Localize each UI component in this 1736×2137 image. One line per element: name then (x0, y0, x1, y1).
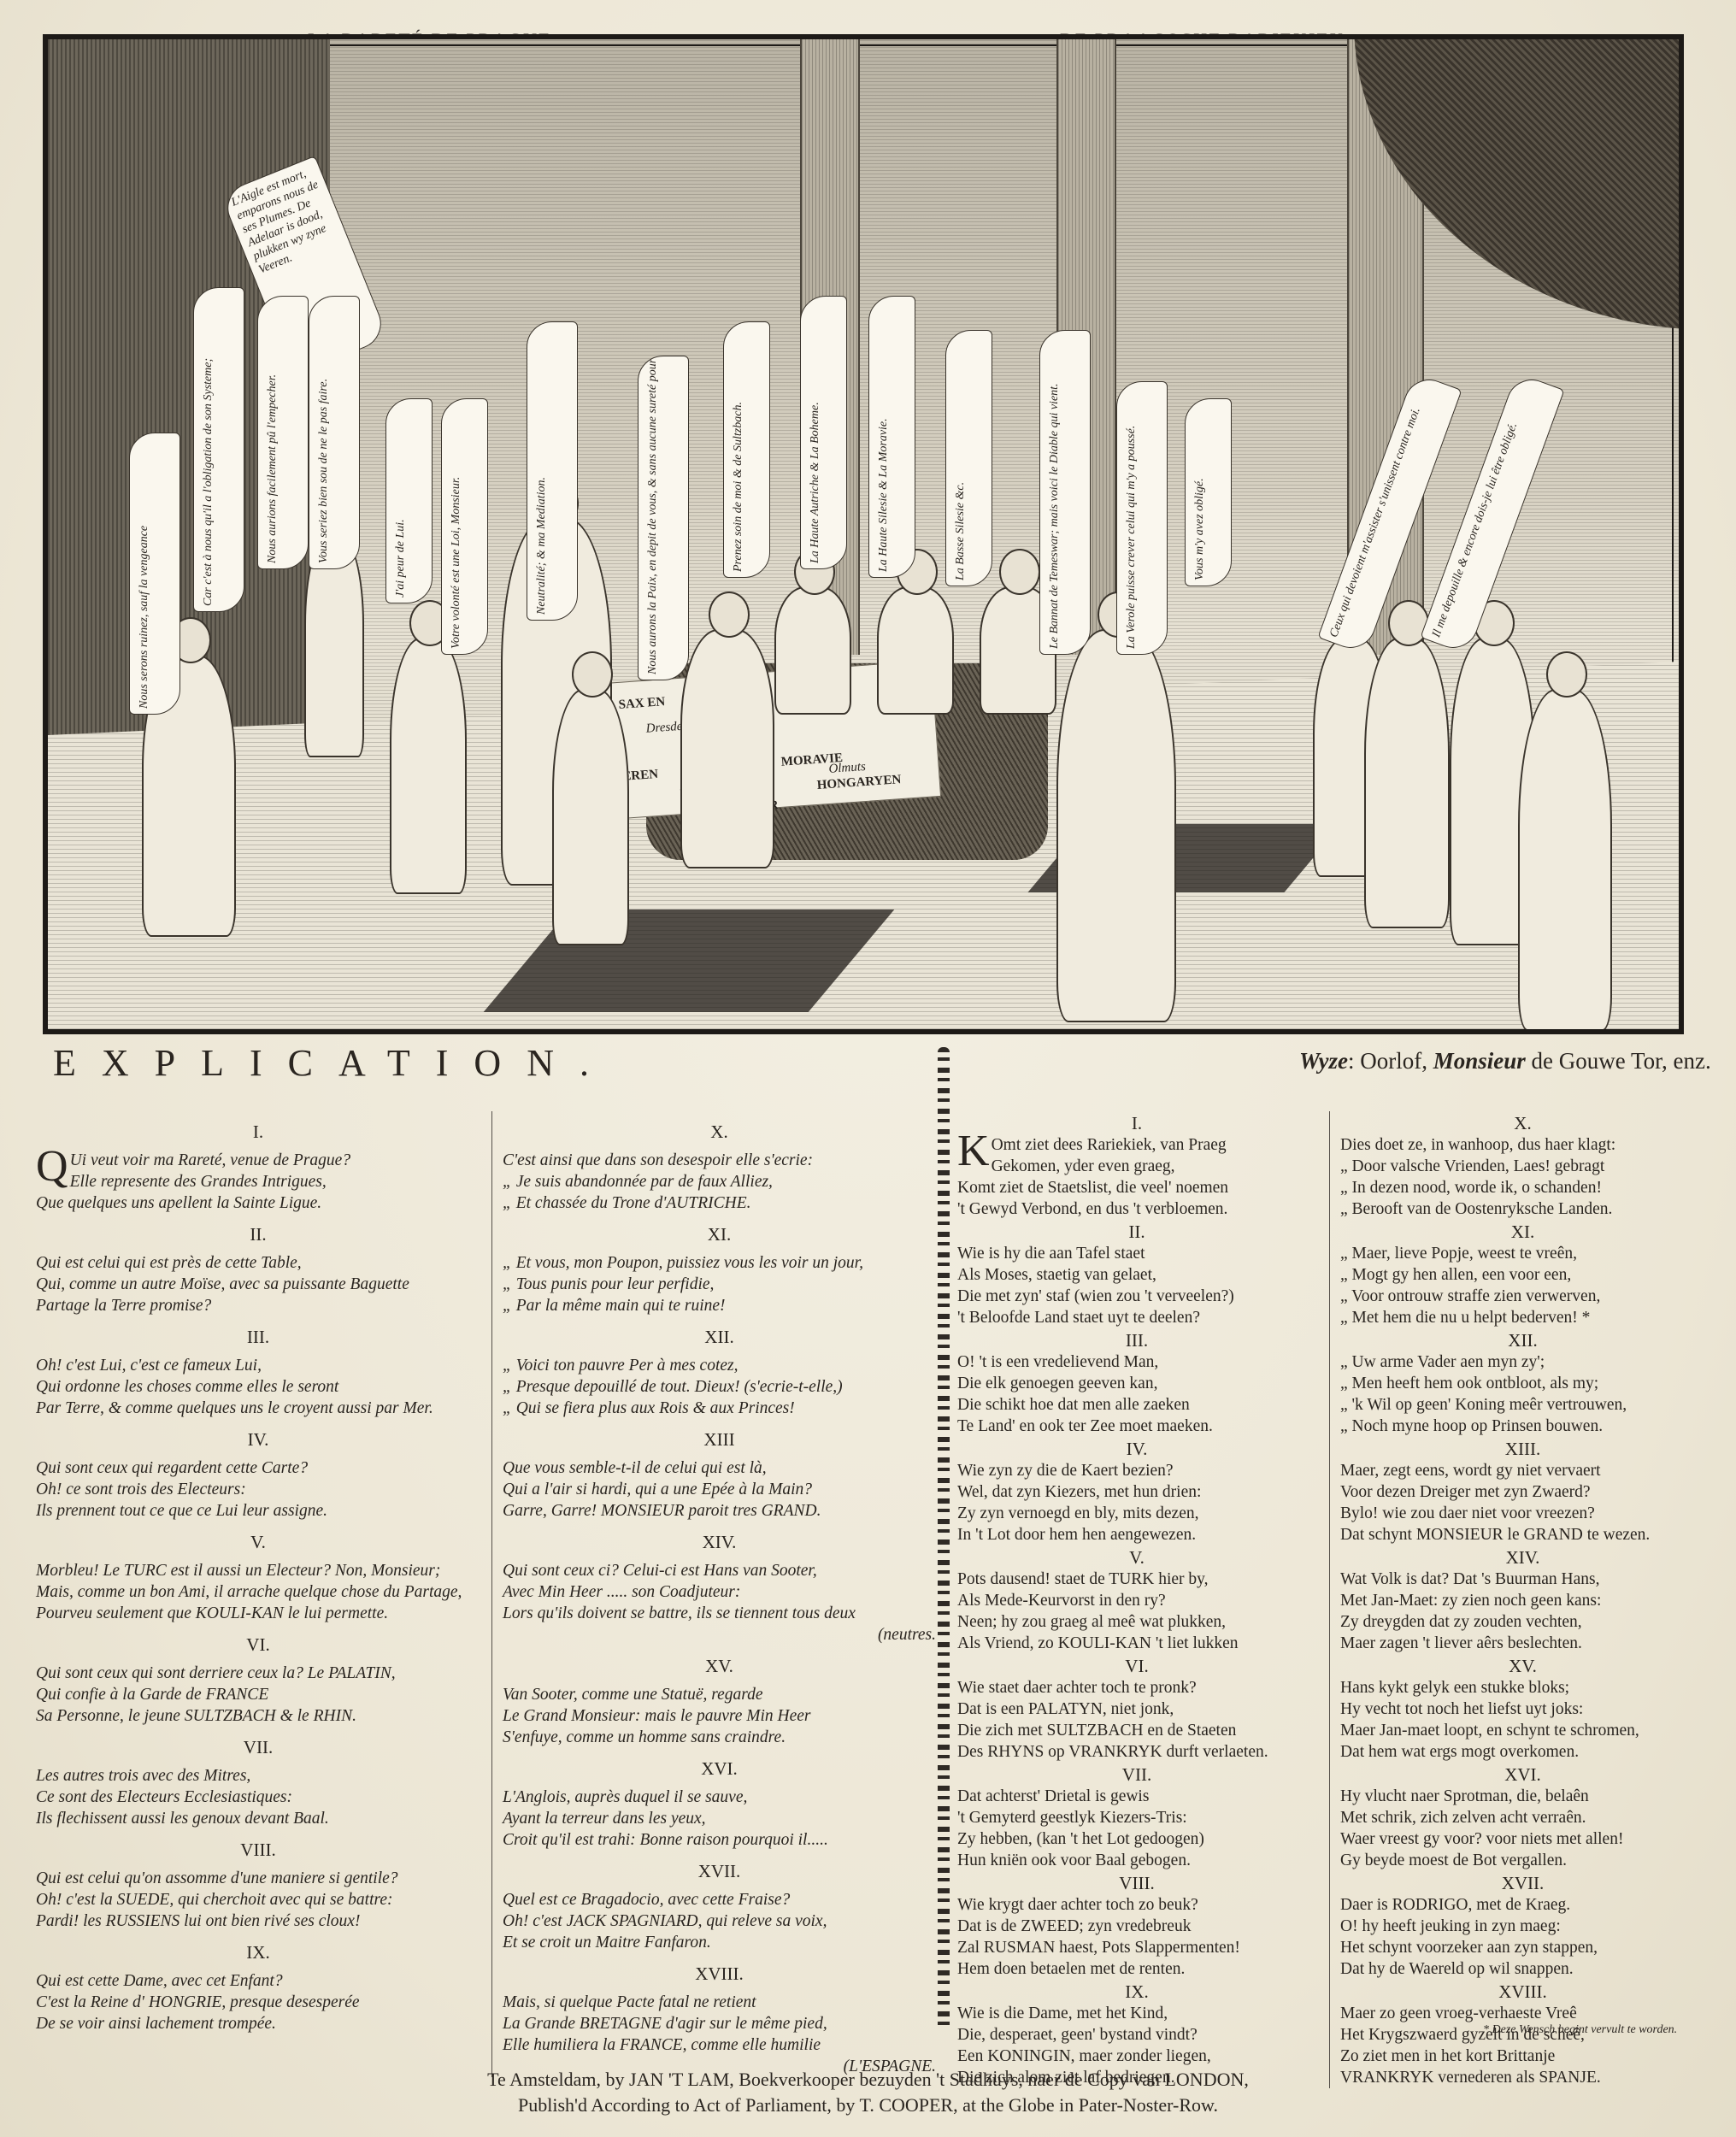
verse-line: Mais, comme un bon Ami, il arrache quelq… (36, 1581, 480, 1603)
speech-scroll: La Haute Silesie & La Moravie. (868, 296, 915, 578)
verse-line: Oh! c'est Lui, c'est ce fameux Lui, (36, 1355, 480, 1376)
speech-scroll: Nous serons ruinez, sauf la vengeance (129, 433, 180, 715)
verse-line: „ Met hem die nu u helpt bederven! * (1340, 1307, 1705, 1328)
verse-number: XV. (503, 1656, 936, 1677)
verse-line: „ Men heeft hem ook ontbloot, als my; (1340, 1373, 1705, 1394)
verse-line: Die, desperaet, geen' bystand vindt? (957, 2024, 1316, 2046)
verse-line: Ils prennent tout ce que ce Lui leur ass… (36, 1500, 480, 1522)
verse-line: „ Berooft van de Oostenrykschе Landen. (1340, 1198, 1705, 1220)
verse-line: Le Grand Monsieur: mais le pauvre Min He… (503, 1705, 936, 1727)
verse-line: Que vous semble-t-il de celui qui est là… (503, 1457, 936, 1479)
verse-line: Sa Personne, le jeune SULTZBACH & le RHI… (36, 1705, 480, 1727)
verse-number: X. (1340, 1113, 1705, 1134)
imprint-dutch: Te Amsteldam, by JAN 'T LAM, Boekverkoop… (0, 2069, 1736, 2091)
verse-line: Wie is die Dame, met het Kind, (957, 2003, 1316, 2024)
verse-number: XI. (1340, 1222, 1705, 1243)
verse-line: Pots dausend! staet de TURK hier by, (957, 1569, 1316, 1590)
verse-number: I. (36, 1121, 480, 1143)
drop-cap: Q (36, 1150, 68, 1184)
engraving-plate: SAX EN SILESIEN Breslaw Dresden BOHEME P… (43, 34, 1684, 1034)
verse-line: Zy hebben, (kan 't het Lot gedoogen) (957, 1828, 1316, 1850)
verse-line: C'est la Reine d' HONGRIE, presque deses… (36, 1992, 480, 2013)
verse-line: „ Je suis abandonnée par de faux Alliez, (503, 1171, 936, 1192)
verse-number: IV. (957, 1439, 1316, 1460)
verse-line: Komt ziet de Staetslist, die veel' noeme… (957, 1177, 1316, 1198)
explication-heading: EXPLICATION. (53, 1041, 615, 1085)
verse-number: IX. (957, 1981, 1316, 2003)
verse-line: 't Beloofde Land staet uyt te deelen? (957, 1307, 1316, 1328)
speech-scroll: Nous aurons la Paix, en depit de vous, &… (638, 356, 689, 680)
verse-line: Partage la Terre promise? (36, 1295, 480, 1316)
verse-number: XV. (1340, 1656, 1705, 1677)
verse-line: „ Par la même main qui te ruine! (503, 1295, 936, 1316)
verse-line: „ Noch myne hoop op Prinsen bouwen. (1340, 1416, 1705, 1437)
verse-line: Als Mede-Keurvorst in den ry? (957, 1590, 1316, 1611)
verse-line: Oh! c'est la SUEDE, qui cherchoit avec q… (36, 1889, 480, 1910)
verse-line: Gy beyde moest de Bot vergallen. (1340, 1850, 1705, 1871)
figure-queen-of-hungary (1364, 638, 1450, 928)
verse-line: Ils flechissent aussi les genoux devant … (36, 1808, 480, 1829)
verse-line: Oh! ce sont trois des Electeurs: (36, 1479, 480, 1500)
verse-line: Morbleu! Le TURC est il aussi un Electeu… (36, 1560, 480, 1581)
verse-line: Een KONINGIN, maer zonder liegen, (957, 2046, 1316, 2067)
verse-line: 't Gewyd Verbond, en dus 't verbloemen. (957, 1198, 1316, 1220)
verse-line: „ Voici ton pauvre Per à mes cotez, (503, 1355, 936, 1376)
verse-number: XIV. (503, 1532, 936, 1553)
verse-number: II. (957, 1222, 1316, 1243)
verse-line: „ Et vous, mon Poupon, puissiez vous les… (503, 1252, 936, 1274)
verse-line: Ce sont des Electeurs Ecclesiastiques: (36, 1787, 480, 1808)
verse-number: XVIII. (1340, 1981, 1705, 2003)
verse-line: Pourveu seulement que KOULI-KAN le lui p… (36, 1603, 480, 1624)
verse-line: „ Tous punis pour leur perfidie, (503, 1274, 936, 1295)
verse-line: S'enfuye, comme un homme sans craindre. (503, 1727, 936, 1748)
verse-line: Dat is een PALATYN, niet jonk, (957, 1698, 1316, 1720)
verse-line: Gekomen, yder even graeg, (957, 1156, 1316, 1177)
verse-line: Qui confie à la Garde de FRANCE (36, 1684, 480, 1705)
french-verses-column-2: X.C'est ainsi que dans son desespoir ell… (491, 1111, 936, 2077)
verse-line: De se voir ainsi lachement trompée. (36, 2013, 480, 2034)
verse-line: „ Voor ontrouw straffe zien verwerven, (1340, 1286, 1705, 1307)
print-page: LA RARETÉ DE PRAGUE. DE PRAAGSCHE RARIEK… (0, 0, 1736, 2137)
verse-line: Dat schynt MONSIEUR le GRAND te wezen. (1340, 1524, 1705, 1545)
verse-number: VII. (957, 1764, 1316, 1786)
verse-line: Die elk genoegen geeven kan, (957, 1373, 1316, 1394)
verse-line: O! 't is een vredelievend Man, (957, 1351, 1316, 1373)
verse-line: Dat is de ZWEED; zyn vredebreuk (957, 1916, 1316, 1937)
speech-scroll: La Verole puisse crever celui qui m'y a … (1116, 381, 1168, 655)
verse-number: XIII. (1340, 1439, 1705, 1460)
verse-line: Wat Volk is dat? Dat 's Buurman Hans, (1340, 1569, 1705, 1590)
verse-line: Met Jan-Maet: zy zien noch geen kans: (1340, 1590, 1705, 1611)
verse-line: Zy zyn vernoegd en bly, mits dezen, (957, 1503, 1316, 1524)
verse-line: Qui est celui qui est près de cette Tabl… (36, 1252, 480, 1274)
verse-number: IX. (36, 1942, 480, 1963)
verse-line: Lors qu'ils doivent se battre, ils se ti… (503, 1603, 936, 1624)
verse-line: „ Uw arme Vader aen myn zy'; (1340, 1351, 1705, 1373)
verse-line: Die met zyn' staf (wien zou 't verveelen… (957, 1286, 1316, 1307)
verse-line: Oh! c'est JACK SPAGNIARD, qui releve sa … (503, 1910, 936, 1932)
verse-line: Het schynt voorzeker aan zyn stappen, (1340, 1937, 1705, 1958)
speech-scroll: Prenez soin de moi & de Sultzbach. (723, 321, 770, 578)
verse-number: XI. (503, 1224, 936, 1245)
tune-line: Wyze: Oorlof, Monsieur de Gouwe Tor, enz… (1299, 1048, 1711, 1074)
verse-number: VI. (957, 1656, 1316, 1677)
verse-line: Daer is RODRIGO, met de Kraeg. (1340, 1894, 1705, 1916)
verse-line: Zal RUSMAN haest, Pots Slappermenten! (957, 1937, 1316, 1958)
verse-number: II. (36, 1224, 480, 1245)
verse-number: XIII (503, 1429, 936, 1451)
footnote: * Deze Wensch begint vervult te worden. (1483, 2023, 1677, 2037)
verse-number: XII. (1340, 1330, 1705, 1351)
figure-turk (1056, 629, 1176, 1022)
verse-line: Les autres trois avec des Mitres, (36, 1765, 480, 1787)
verse-line: „ Maer, lieve Popje, weest te vreên, (1340, 1243, 1705, 1264)
verse-number: XVII. (1340, 1873, 1705, 1894)
verse-line: Zo ziet men in het kort Brittanje (1340, 2046, 1705, 2067)
figure-sweden (390, 638, 467, 894)
verse-line: Wie zyn zy die de Kaert bezien? (957, 1460, 1316, 1481)
verse-line: L'Anglois, auprès duquel il se sauve, (503, 1787, 936, 1808)
verse-number: III. (36, 1327, 480, 1348)
figure-swordsman (552, 689, 629, 945)
drop-cap: K (957, 1134, 990, 1169)
verse-line: KOmt ziet dees Rariekiek, van Praeg (957, 1134, 1316, 1156)
verse-line: Wel, dat zyn Kiezers, met hun drien: (957, 1481, 1316, 1503)
verse-number: III. (957, 1330, 1316, 1351)
verse-line: Dies doet ze, in wanhoop, dus haer klagt… (1340, 1134, 1705, 1156)
verse-line: Qui a l'air si hardi, qui a une Epée à l… (503, 1479, 936, 1500)
verse-line: Met schrik, zich zelven acht verraên. (1340, 1807, 1705, 1828)
verse-line: Als Vriend, zo KOULI-KAN 't liet lukken (957, 1633, 1316, 1654)
speech-scroll: J'ai peur de Lui. (385, 398, 433, 603)
verse-line: Als Moses, staetig van gelaet, (957, 1264, 1316, 1286)
verse-number: VII. (36, 1737, 480, 1758)
verse-line: Qui est celui qu'on assomme d'une manier… (36, 1868, 480, 1889)
verse-line: Mais, si quelque Pacte fatal ne retient (503, 1992, 936, 2013)
verse-line: Ayant la terreur dans les yeux, (503, 1808, 936, 1829)
speech-scroll: Vous seriez bien sou de ne le pas faire. (309, 296, 360, 569)
verse-line: Hans kykt gelyk een stukke bloks; (1340, 1677, 1705, 1698)
verse-line: O! hy heeft jeuking in zyn maeg: (1340, 1916, 1705, 1937)
verse-line: Par Terre, & comme quelques uns le croye… (36, 1398, 480, 1419)
verse-line: Dat achterst' Drietal is gewis (957, 1786, 1316, 1807)
verse-line: Garre, Garre! MONSIEUR paroit tres GRAND… (503, 1500, 936, 1522)
verse-line: Te Land' en ook ter Zee moet maeken. (957, 1416, 1316, 1437)
verse-line: Maer zagen 't liever aêrs beslechten. (1340, 1633, 1705, 1654)
verse-line: Elle represente des Grandes Intrigues, (36, 1171, 480, 1192)
verse-line: „ Qui se fiera plus aux Rois & aux Princ… (503, 1398, 936, 1419)
verse-line: C'est ainsi que dans son desespoir elle … (503, 1150, 936, 1171)
speech-scroll: Votre volonté est une Loi, Monsieur. (441, 398, 488, 655)
verse-line: 't Gemyterd geestlyk Kiezers-Tris: (957, 1807, 1316, 1828)
dutch-verses-column-1: I.KOmt ziet dees Rariekiek, van PraegGek… (957, 1111, 1316, 2088)
verse-line: Elle humiliera la FRANCE, comme elle hum… (503, 2034, 936, 2056)
verse-number: VIII. (957, 1873, 1316, 1894)
verse-line: Dat hem wat ergs mogt overkomen. (1340, 1741, 1705, 1763)
verse-line: „ 'k Wil op geen' Koning meêr vertrouwen… (1340, 1394, 1705, 1416)
verse-number: V. (957, 1547, 1316, 1569)
figure-elector (680, 629, 774, 868)
verse-line: Des RHYNS op VRANKRYK durft verlaeten. (957, 1741, 1316, 1763)
verse-line: Neen; hy zou graeg al meê wat plukken, (957, 1611, 1316, 1633)
speech-scroll: Nous aurions facilement pû l'empecher. (257, 296, 309, 569)
verse-line: Hy vlucht naer Sprotman, die, belaên (1340, 1786, 1705, 1807)
verse-line: Dat hy de Waereld op wil snappen. (1340, 1958, 1705, 1980)
verse-line: Pardi! les RUSSIENS lui ont bien rivé se… (36, 1910, 480, 1932)
speech-scroll: Neutralité; & ma Mediation. (527, 321, 578, 621)
figure-spaniard (1518, 689, 1612, 1031)
verse-line: Qui, comme un autre Moïse, avec sa puiss… (36, 1274, 480, 1295)
verse-line: Quel est ce Bragadocio, avec cette Frais… (503, 1889, 936, 1910)
verse-line: Die schikt hoe dat men alle zaeken (957, 1394, 1316, 1416)
figure-elector (877, 586, 954, 715)
verse-line: Croit qu'il est trahi: Bonne raison pour… (503, 1829, 936, 1851)
verse-number: I. (957, 1113, 1316, 1134)
verse-number: IV. (36, 1429, 480, 1451)
speech-scroll: Le Bannat de Temeswar; mais voici le Dia… (1039, 330, 1091, 655)
ornamental-divider (938, 1047, 950, 2030)
verse-line: Waer vreest gy voor? voor niets met alle… (1340, 1828, 1705, 1850)
verse-line: In 't Lot door hem hen aengewezen. (957, 1524, 1316, 1545)
verse-line: Wie staet daer achter toch te pronk? (957, 1677, 1316, 1698)
verse-number: V. (36, 1532, 480, 1553)
dutch-verses-column-2: X.Dies doet ze, in wanhoop, dus haer kla… (1329, 1111, 1705, 2088)
verse-line: Maer Jan-maet loopt, en schynt te schrom… (1340, 1720, 1705, 1741)
verse-line: Maer zo geen vroeg-verhaeste Vreê (1340, 2003, 1705, 2024)
french-verses-column-1: I.QUi veut voir ma Rareté, venue de Prag… (36, 1111, 480, 2034)
verse-number: X. (503, 1121, 936, 1143)
verse-line: Et se croit un Maitre Fanfaron. (503, 1932, 936, 1953)
verse-number: XVI. (1340, 1764, 1705, 1786)
verse-number: XIV. (1340, 1547, 1705, 1569)
speech-scroll: Vous m'y avez obligé. (1185, 398, 1232, 586)
verse-number: XII. (503, 1327, 936, 1348)
verse-line: Maer, zegt eens, wordt gy niet vervaert (1340, 1460, 1705, 1481)
verse-line: Qui est cette Dame, avec cet Enfant? (36, 1970, 480, 1992)
verse-line: Hun kniën ook voor Baal gebogen. (957, 1850, 1316, 1871)
verse-line: Qui sont ceux qui regardent cette Carte? (36, 1457, 480, 1479)
verse-line: Avec Min Heer ..... son Coadjuteur: (503, 1581, 936, 1603)
verse-line: Qui ordonne les choses comme elles le se… (36, 1376, 480, 1398)
verse-line: Zy dreygden dat zy zouden vechten, (1340, 1611, 1705, 1633)
verse-line: „ In dezen nood, worde ik, o schanden! (1340, 1177, 1705, 1198)
verse-line: QUi veut voir ma Rareté, venue de Prague… (36, 1150, 480, 1171)
verse-line: Hem doen betaelen met de renten. (957, 1958, 1316, 1980)
verse-line: Die zich met SULTZBACH en de Staeten (957, 1720, 1316, 1741)
imprint-english: Publish'd According to Act of Parliament… (0, 2094, 1736, 2116)
verse-line: Que quelques uns apellent la Sainte Ligu… (36, 1192, 480, 1214)
verse-line: Qui sont ceux qui sont derriere ceux la?… (36, 1663, 480, 1684)
verse-line: „ Mogt gy hen allen, een voor een, (1340, 1264, 1705, 1286)
verse-line: „ Door valsche Vrienden, Laes! gebragt (1340, 1156, 1705, 1177)
verse-number: VI. (36, 1634, 480, 1656)
speech-scroll: La Haute Autriche & La Boheme. (800, 296, 847, 569)
verse-line: Wie krygt daer achter toch zo beuk? (957, 1894, 1316, 1916)
verse-line: (neutres. (503, 1624, 936, 1645)
verse-line: Voor dezen Dreiger met zyn Zwaerd? (1340, 1481, 1705, 1503)
verse-line: Hy vecht tot noch het liefst uyt joks: (1340, 1698, 1705, 1720)
verse-number: XVII. (503, 1861, 936, 1882)
verse-number: XVI. (503, 1758, 936, 1780)
verse-line: „ Presque depouillé de tout. Dieux! (s'e… (503, 1376, 936, 1398)
verse-number: VIII. (36, 1840, 480, 1861)
verse-line: Van Sooter, comme une Statuë, regarde (503, 1684, 936, 1705)
verse-line: „ Et chassée du Trone d'AUTRICHE. (503, 1192, 936, 1214)
verse-line: La Grande BRETAGNE d'agir sur le même pi… (503, 2013, 936, 2034)
verse-line: Qui sont ceux ci? Celui-ci est Hans van … (503, 1560, 936, 1581)
verse-number: XVIII. (503, 1963, 936, 1985)
figure-elector (774, 586, 851, 715)
verse-line: Bylo! wie zou daer niet voor vreezen? (1340, 1503, 1705, 1524)
verse-line: Wie is hy die aan Tafel staet (957, 1243, 1316, 1264)
speech-scroll: La Basse Silesie &c. (945, 330, 992, 586)
speech-scroll: Car c'est à nous qu'il a l'obligation de… (193, 287, 244, 612)
